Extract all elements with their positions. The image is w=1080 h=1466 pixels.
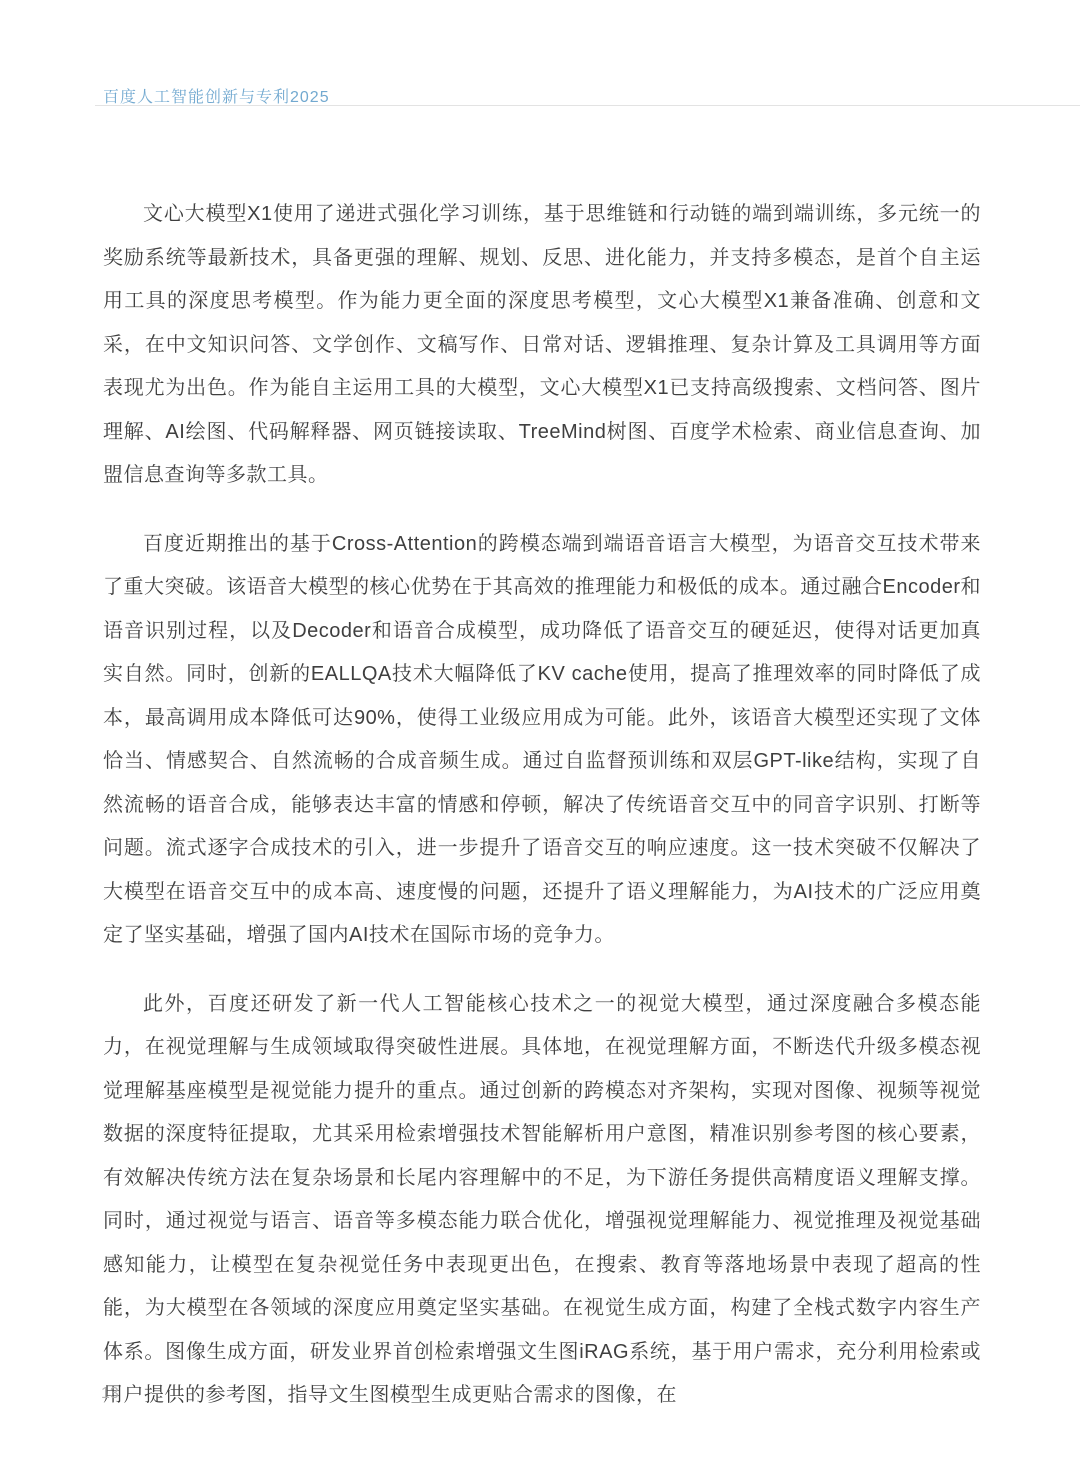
header-title: 百度人工智能创新与专利2025 xyxy=(103,84,330,107)
paragraph-speech-model: 百度近期推出的基于Cross-Attention的跨模态端到端语音语言大模型，为… xyxy=(103,523,981,958)
paragraph-ernie-x1: 文心大模型X1使用了递进式强化学习训练，基于思维链和行动链的端到端训练，多元统一… xyxy=(103,193,981,498)
page-number: 13 xyxy=(101,1385,119,1403)
paragraph-vision-model: 此外，百度还研发了新一代人工智能核心技术之一的视觉大模型，通过深度融合多模态能力… xyxy=(103,983,981,1418)
header-divider xyxy=(95,105,1080,106)
body-content: 文心大模型X1使用了递进式强化学习训练，基于思维链和行动链的端到端训练，多元统一… xyxy=(103,193,981,1443)
document-page: 百度人工智能创新与专利2025 文心大模型X1使用了递进式强化学习训练，基于思维… xyxy=(0,0,1080,1466)
